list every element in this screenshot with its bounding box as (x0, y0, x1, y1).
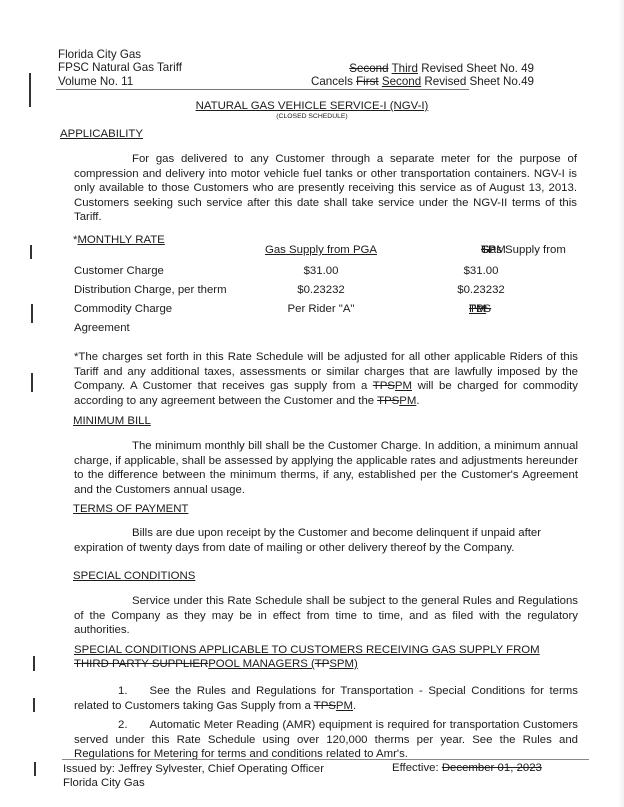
change-bar (33, 698, 35, 712)
applicability-heading: APPLICABILITY (60, 128, 143, 140)
minimum-bill-heading: MINIMUM BILL (73, 415, 151, 427)
terms-of-payment-heading: TERMS OF PAYMENT (73, 503, 188, 515)
special-conditions-heading: SPECIAL CONDITIONS (73, 570, 195, 582)
header-left: Florida City Gas FPSC Natural Gas Tariff… (58, 48, 182, 88)
change-bar (31, 304, 33, 323)
applicability-text: For gas delivered to any Customer throug… (74, 152, 577, 225)
tariff-name: FPSC Natural Gas Tariff (58, 61, 182, 74)
header-right: Second Third Revised Sheet No. 49 Cancel… (311, 62, 534, 89)
change-bar (31, 373, 33, 392)
special-conditions-text: Service under this Rate Schedule shall b… (74, 594, 578, 638)
terms-of-payment-line1: Bills are due upon receipt by the Custom… (132, 527, 541, 539)
header-rule (56, 89, 469, 90)
change-bar (30, 245, 32, 259)
footer-rule (62, 759, 589, 760)
minimum-bill-text: The minimum monthly bill shall be the Cu… (74, 439, 578, 497)
tpspm-condition-2: 2.Automatic Meter Reading (AMR) equipmen… (74, 718, 578, 762)
sheet-number: Second Third Revised Sheet No. 49 (311, 62, 534, 75)
issued-by: Issued by: Jeffrey Sylvester, Chief Oper… (63, 763, 324, 775)
schedule-subtitle: (CLOSED SCHEDULE) (0, 113, 624, 120)
company-name: Florida City Gas (58, 48, 182, 61)
rate-row-distribution-charge: Distribution Charge, per therm $0.23232 … (74, 284, 594, 300)
page-edge (618, 0, 624, 807)
rate-table-header: Gas Supply from PGA Gas Supply from TPSP… (74, 244, 594, 260)
schedule-title: NATURAL GAS VEHICLE SERVICE-I (NGV-I) (0, 100, 624, 112)
rate-row-agreement: Agreement (74, 322, 594, 338)
volume-number: Volume No. 11 (58, 75, 182, 88)
cancels-sheet: Cancels First Second Revised Sheet No.49 (311, 75, 534, 88)
rate-row-commodity-charge: Commodity Charge Per Rider "A" Per TPSPM (74, 303, 594, 319)
effective-date: Effective: December 01, 2023 (392, 762, 542, 774)
change-bar (34, 762, 36, 776)
rate-row-customer-charge: Customer Charge $31.00 $31.00 (74, 265, 594, 281)
rate-adjustment-note: *The charges set forth in this Rate Sche… (74, 350, 578, 408)
tpspm-conditions-heading-line2: THIRD PARTY SUPPLIERPOOL MANAGERS (TPSPM… (74, 658, 358, 670)
change-bar (33, 656, 35, 671)
column-pga: Gas Supply from PGA (260, 244, 382, 256)
tpspm-conditions-heading-line1: SPECIAL CONDITIONS APPLICABLE TO CUSTOME… (74, 644, 540, 656)
terms-of-payment-line2: expiration of twenty days from date of m… (74, 542, 514, 554)
footer-company: Florida City Gas (63, 777, 145, 789)
tpspm-condition-1: 1.See the Rules and Regulations for Tran… (74, 684, 578, 713)
